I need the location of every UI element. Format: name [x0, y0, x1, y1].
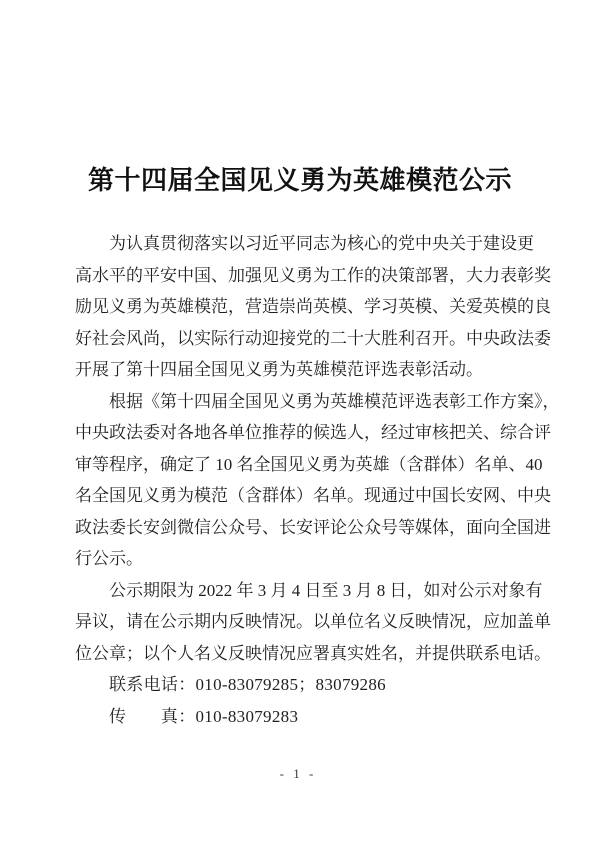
contact-phone-line: 联系电话：010-83079285；83079286: [75, 669, 525, 701]
paragraph-2-line: 审等程序，确定了 10 名全国见义勇为英雄（含群体）名单、40: [75, 449, 525, 481]
paragraph-2-line: 行公示。: [75, 543, 525, 575]
paragraph-3-line: 位公章；以个人名义反映情况应署真实姓名，并提供联系电话。: [75, 638, 525, 670]
paragraph-2-line: 政法委长安剑微信公众号、长安评论公众号等媒体，面向全国进: [75, 512, 525, 544]
paragraph-1-line: 高水平的平安中国、加强见义勇为工作的决策部署，大力表彰奖: [75, 260, 525, 292]
page-number: - 1 -: [0, 766, 596, 782]
document-content: 第十四届全国见义勇为英雄模范公示 为认真贯彻落实以习近平同志为核心的党中央关于建…: [75, 160, 525, 732]
paragraph-1-line: 开展了第十四届全国见义勇为英雄模范评选表彰活动。: [75, 354, 525, 386]
paragraph-2-line: 根据《第十四届全国见义勇为英雄模范评选表彰工作方案》，: [75, 386, 525, 418]
paragraph-2-line: 中央政法委对各地各单位推荐的候选人，经过审核把关、综合评: [75, 417, 525, 449]
document-body: 为认真贯彻落实以习近平同志为核心的党中央关于建设更 高水平的平安中国、加强见义勇…: [75, 228, 525, 732]
paragraph-3-line: 公示期限为 2022 年 3 月 4 日至 3 月 8 日，如对公示对象有: [75, 575, 525, 607]
document-page: 第十四届全国见义勇为英雄模范公示 为认真贯彻落实以习近平同志为核心的党中央关于建…: [0, 0, 596, 842]
paragraph-2-line: 名全国见义勇为模范（含群体）名单。现通过中国长安网、中央: [75, 480, 525, 512]
paragraph-1-line: 好社会风尚，以实际行动迎接党的二十大胜利召开。中央政法委: [75, 323, 525, 355]
paragraph-1-line: 励见义勇为英雄模范，营造崇尚英模、学习英模、关爱英模的良: [75, 291, 525, 323]
paragraph-3-line: 异议，请在公示期内反映情况。以单位名义反映情况，应加盖单: [75, 606, 525, 638]
contact-fax-line: 传 真：010-83079283: [75, 701, 525, 733]
document-title: 第十四届全国见义勇为英雄模范公示: [75, 160, 525, 200]
paragraph-1-line: 为认真贯彻落实以习近平同志为核心的党中央关于建设更: [75, 228, 525, 260]
